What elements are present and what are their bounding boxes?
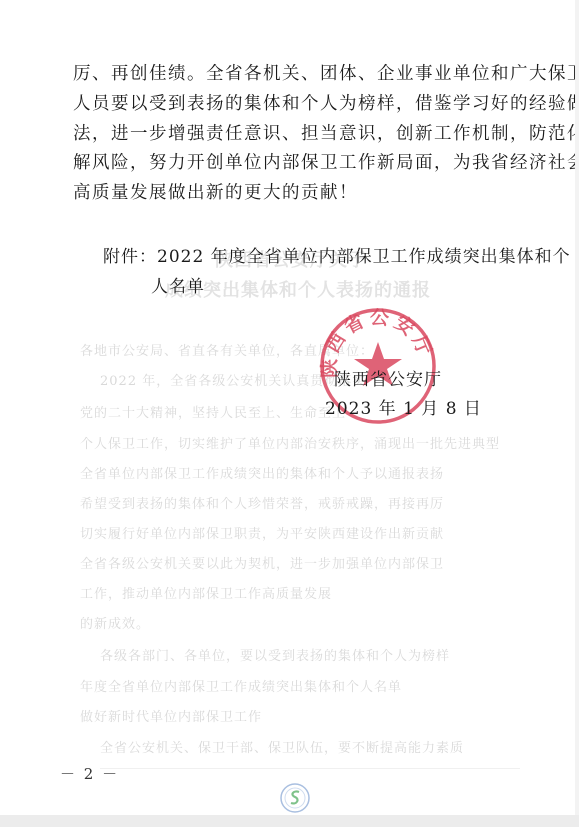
viewer-background [0, 815, 579, 827]
bleed-line: 工作，推动单位内部保卫工作高质量发展 [80, 583, 332, 602]
body-line-3: 法，进一步增强责任意识、担当意识，创新工作机制，防范化 [73, 120, 505, 150]
bleed-line: 全省公安机关、保卫干部、保卫队伍，要不断提高能力素质 [100, 737, 464, 756]
body-line-4: 解风险，努力开创单位内部保卫工作新局面，为我省经济社会 [73, 149, 505, 179]
body-paragraph: 厉、再创佳绩。全省各机关、团体、企业事业单位和广大保卫 人员要以受到表扬的集体和… [73, 60, 505, 209]
document-page: 陕西省公安厅关于 成绩突出集体和个人表扬的通报 各地市公安局、省直各有关单位，各… [0, 0, 575, 815]
page-edge [575, 0, 579, 827]
attachment-line-2: 人名单 [103, 272, 571, 302]
bleed-line: 全省单位内部保卫工作成绩突出的集体和个人予以通报表扬 [80, 463, 444, 482]
attachment-line-1: 附件：2022 年度全省单位内部保卫工作成绩突出集体和个 [103, 247, 571, 267]
watermark-logo-icon [279, 782, 311, 814]
attachment-note: 附件：2022 年度全省单位内部保卫工作成绩突出集体和个 人名单 [103, 242, 571, 302]
bleed-line: 各级各部门、各单位，要以受到表扬的集体和个人为榜样 [100, 645, 450, 664]
issue-date: 2023 年 1 月 8 日 [325, 394, 482, 419]
footer-divider [100, 768, 520, 769]
bleed-line: 的新成效。 [80, 613, 150, 632]
body-line-2: 人员要以受到表扬的集体和个人为榜样，借鉴学习好的经验做 [73, 90, 505, 120]
bleed-line: 党的二十大精神，坚持人民至上、生命至上 [80, 402, 346, 421]
body-line-1: 厉、再创佳绩。全省各机关、团体、企业事业单位和广大保卫 [73, 60, 505, 90]
body-line-5: 高质量发展做出新的更大的贡献！ [73, 179, 505, 209]
bleed-line: 全省各级公安机关要以此为契机，进一步加强单位内部保卫 [80, 553, 444, 572]
bleed-line: 切实履行好单位内部保卫职责，为平安陕西建设作出新贡献 [80, 523, 444, 542]
bleed-line: 个人保卫工作，切实维护了单位内部治安秩序，涌现出一批先进典型 [80, 433, 500, 452]
page-number: － 2 － [60, 763, 119, 784]
bleed-line: 年度全省单位内部保卫工作成绩突出集体和个人名单 [80, 676, 402, 695]
issuer-name: 陕西省公安厅 [334, 365, 442, 390]
bleed-line: 希望受到表扬的集体和个人珍惜荣誉，戒骄戒躁，再接再厉 [80, 493, 444, 512]
bleed-line: 做好新时代单位内部保卫工作 [80, 706, 262, 725]
